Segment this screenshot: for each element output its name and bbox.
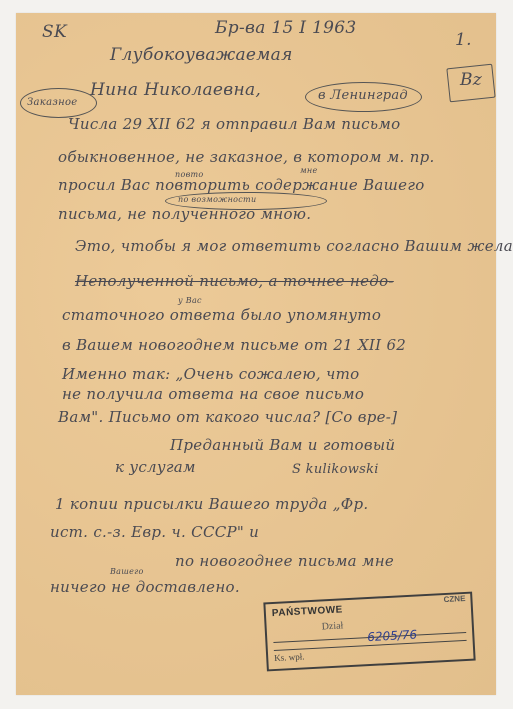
boxed-mark: Bz	[460, 70, 482, 90]
archive-stamp: PAŃSTWOWE CZNE Dział 6205/76 Ks. wpł.	[263, 592, 475, 672]
postscript-line: ничего не доставлено.	[50, 578, 240, 596]
interlinear-note: мне	[300, 166, 318, 175]
postscript-line: ист. с.-з. Евр. ч. СССР" и	[50, 523, 259, 541]
stamp-line-1-right: CZNE	[443, 594, 465, 604]
body-line: обыкновенное, не заказное, в котором м. …	[58, 148, 435, 166]
body-line: Это, чтобы я мог ответить согласно Вашим…	[75, 237, 513, 255]
closing-line: к услугам	[115, 458, 196, 476]
signature: S kulikowski	[292, 462, 379, 477]
salutation-line-2: Нина Николаевна,	[90, 80, 261, 100]
interlinear-note: по возможности	[178, 195, 256, 204]
postscript-line: 1 копии присылки Вашего труда „Фр.	[55, 495, 369, 513]
initials: SK	[42, 22, 67, 42]
body-line: в Вашем новогоднем письме от 21 XII 62	[62, 336, 406, 354]
interlinear-note: у Вас	[178, 296, 202, 305]
body-line-struck: Неполученной письмо, а точнее недо-	[75, 272, 394, 290]
body-line: письма, не полученного мною.	[58, 205, 311, 223]
date-line: Бр-ва 15 I 1963	[215, 18, 356, 38]
body-line: статочного ответа было упомянуто	[62, 306, 381, 324]
stamp-number: 6205/76	[367, 628, 418, 645]
closing-line: Преданный Вам и готовый	[170, 436, 395, 454]
circled-left: Заказное	[27, 97, 78, 108]
body-line: Именно так: „Очень сожалею, что	[62, 365, 359, 383]
page-mark: 1.	[455, 30, 472, 50]
body-line: Числа 29 XII 62 я отправил Вам письмо	[68, 115, 400, 133]
body-line: не получила ответа на свое письмо	[62, 385, 364, 403]
interlinear-note: Вашего	[110, 567, 144, 576]
circled-right: в Ленинград	[318, 88, 408, 103]
postscript-line: по новогоднее письма мне	[175, 552, 394, 570]
salutation-line-1: Глубокоуважаемая	[110, 45, 293, 65]
body-line: Вам". Письмо от какого числа? [Со вре-]	[58, 408, 397, 426]
stamp-line-2: Dział	[321, 620, 343, 632]
stamp-line-3: Ks. wpł.	[274, 651, 305, 663]
stamp-line-1: PAŃSTWOWE	[272, 604, 343, 619]
